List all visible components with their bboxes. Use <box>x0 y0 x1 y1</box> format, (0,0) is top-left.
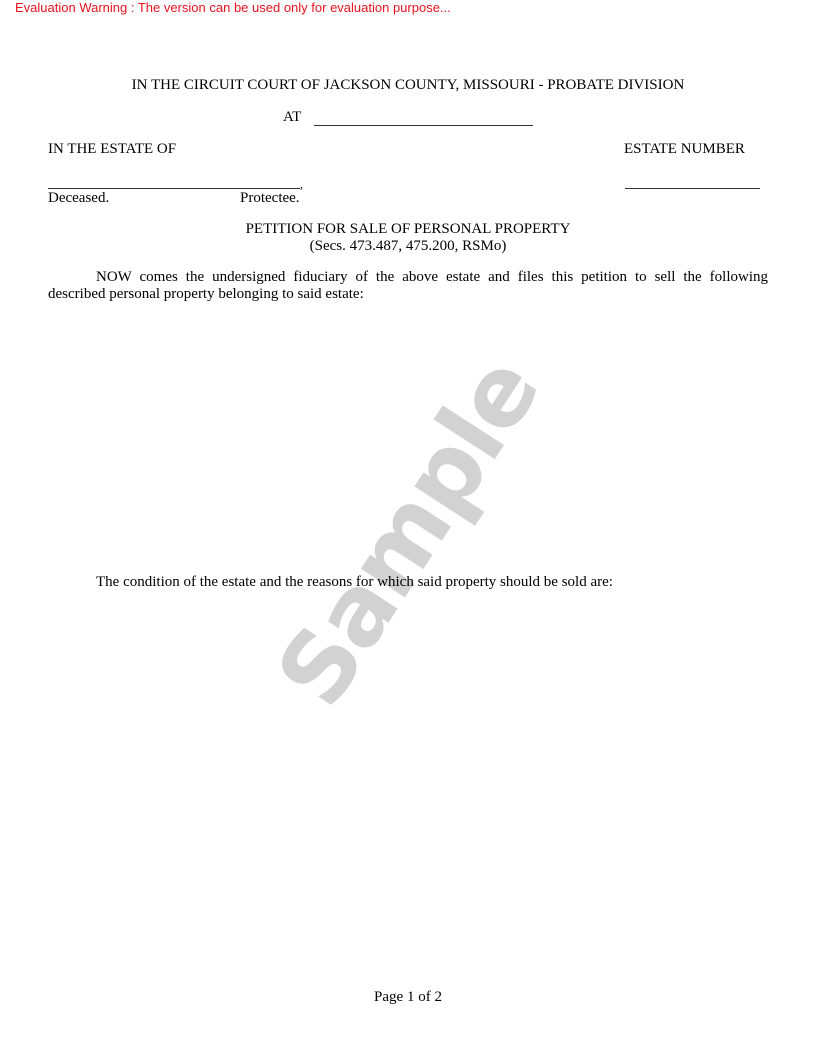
estate-name-field[interactable] <box>48 188 300 189</box>
page-number: Page 1 of 2 <box>0 989 816 1006</box>
deceased-label: Deceased. <box>48 190 109 207</box>
at-field[interactable] <box>314 125 533 126</box>
petition-paragraph: NOW comes the undersigned fiduciary of t… <box>48 269 768 303</box>
at-label: AT <box>283 109 301 126</box>
sample-watermark: Sample <box>262 343 554 721</box>
estate-name-comma: , <box>300 176 303 193</box>
petition-title: PETITION FOR SALE OF PERSONAL PROPERTY <box>0 221 816 238</box>
estate-number-field[interactable] <box>625 188 760 189</box>
condition-paragraph: The condition of the estate and the reas… <box>96 574 613 591</box>
court-heading: IN THE CIRCUIT COURT OF JACKSON COUNTY, … <box>0 77 816 94</box>
petition-statutes: (Secs. 473.487, 475.200, RSMo) <box>0 238 816 255</box>
estate-number-label: ESTATE NUMBER <box>624 141 745 158</box>
paragraph-line-2: described personal property belonging to… <box>48 286 364 302</box>
evaluation-warning: Evaluation Warning : The version can be … <box>15 0 451 16</box>
paragraph-line-1: NOW comes the undersigned fiduciary of t… <box>48 269 768 286</box>
estate-of-label: IN THE ESTATE OF <box>48 141 176 158</box>
protectee-label: Protectee. <box>240 190 300 207</box>
